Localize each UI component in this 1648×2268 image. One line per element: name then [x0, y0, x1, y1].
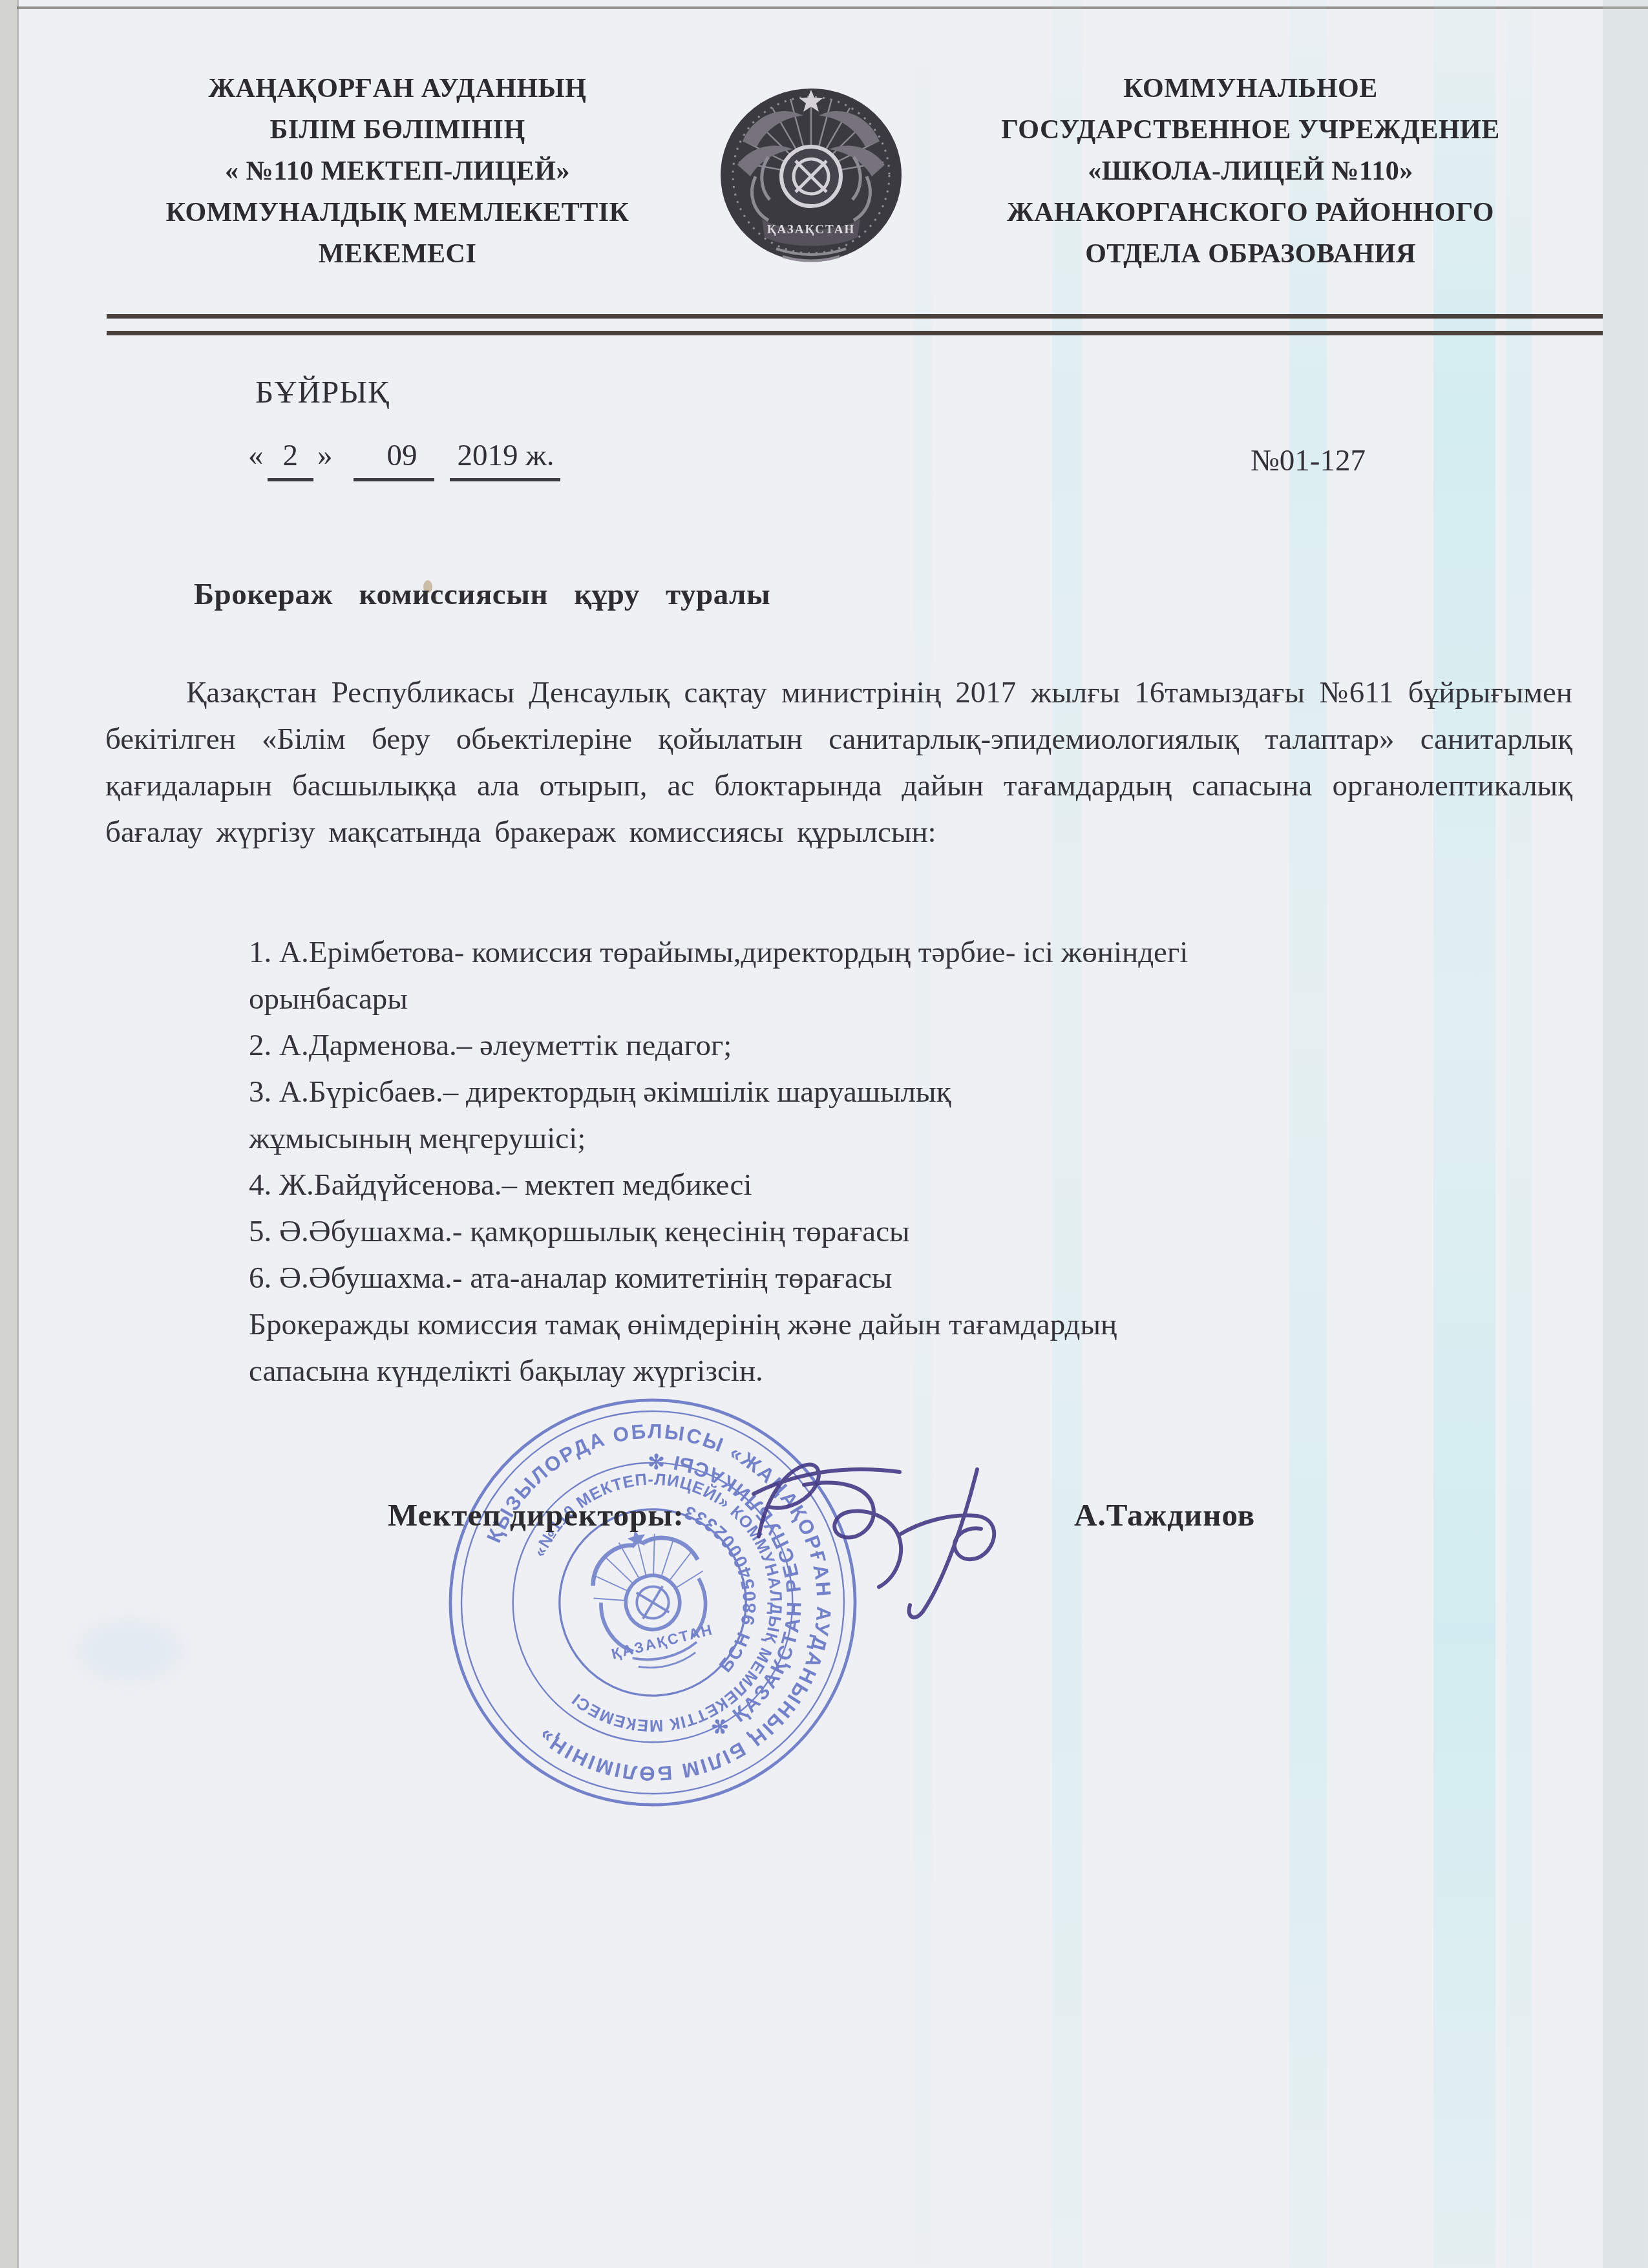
order-number: №01-127 — [1251, 443, 1366, 478]
signature-label: Мектеп директоры: — [388, 1496, 684, 1533]
org-name-ru-line: ГОСУДАРСТВЕННОЕ УЧРЕЖДЕНИЕ — [924, 109, 1577, 151]
list-item: 6. Ә.Әбушахма.- ата-аналар комитетінің т… — [249, 1255, 1567, 1301]
header-divider-double-rule — [107, 314, 1603, 335]
org-name-kk-line: « №110 МЕКТЕП-ЛИЦЕЙ» — [97, 151, 698, 192]
list-item-continuation: жұмысының меңгерушісі; — [249, 1115, 1567, 1162]
kazakhstan-emblem-icon: ҚАЗАҚСТАН — [698, 68, 924, 273]
director-signature-ink — [737, 1440, 1060, 1633]
org-name-kazakh: ЖАҢАҚОРҒАН АУДАННЫҢ БІЛІМ БӨЛІМІНІҢ « №1… — [97, 68, 698, 275]
org-name-ru-line: ОТДЕЛА ОБРАЗОВАНИЯ — [924, 233, 1577, 275]
list-item: 4. Ж.Байдүйсенова.– мектеп медбикесі — [249, 1162, 1567, 1208]
org-name-ru-line: КОММУНАЛЬНОЕ — [924, 68, 1577, 109]
kazakhstan-emblem-svg: ҚАЗАҚСТАН — [714, 79, 908, 273]
letterhead: ЖАҢАҚОРҒАН АУДАННЫҢ БІЛІМ БӨЛІМІНІҢ « №1… — [97, 68, 1577, 275]
commission-members-list: 1. А.Ерімбетова- комиссия төрайымы,дирек… — [249, 929, 1567, 1394]
order-date-year: 2019 ж. — [450, 438, 561, 481]
org-name-ru-line: ЖАНАКОРГАНСКОГО РАЙОННОГО — [924, 192, 1577, 233]
org-name-kk-line: БІЛІМ БӨЛІМІНІҢ — [97, 109, 698, 151]
org-name-russian: КОММУНАЛЬНОЕ ГОСУДАРСТВЕННОЕ УЧРЕЖДЕНИЕ … — [924, 68, 1577, 275]
scanned-order-document: ЖАҢАҚОРҒАН АУДАННЫҢ БІЛІМ БӨЛІМІНІҢ « №1… — [0, 0, 1648, 2268]
director-name: А.Таждинов — [1074, 1496, 1255, 1533]
org-name-kk-line: МЕКЕМЕСІ — [97, 233, 698, 275]
order-body-paragraph: Қазақстан Республикасы Денсаулық сақтау … — [105, 669, 1572, 856]
scan-edge-right — [1603, 0, 1648, 2268]
ink-smudge — [78, 1622, 181, 1680]
scan-edge-left-line — [17, 0, 19, 2268]
closing-instruction: Брокеражды комиссия тамақ өнімдерінің жә… — [249, 1301, 1567, 1348]
order-date-month: 09 — [354, 438, 434, 481]
emblem-caption: ҚАЗАҚСТАН — [767, 223, 856, 236]
org-name-kk-line: КОММУНАЛДЫҚ МЕМЛЕКЕТТІК — [97, 192, 698, 233]
quote-close: » — [313, 439, 337, 472]
order-date-day: 2 — [268, 438, 314, 481]
list-item: 5. Ә.Әбушахма.- қамқоршылық кеңесінің тө… — [249, 1208, 1567, 1255]
order-date: «2»092019 ж. — [244, 438, 560, 481]
scan-edge-top-line — [17, 6, 1648, 9]
list-item: 3. А.Бүрісбаев.– директордың әкімшілік ш… — [249, 1069, 1567, 1115]
quote-open: « — [244, 439, 268, 472]
scan-edge-left — [0, 0, 17, 2268]
order-title: Брокераж комиссиясын құру туралы — [194, 577, 770, 612]
signature-svg — [737, 1440, 1060, 1633]
list-item: 2. А.Дарменова.– әлеуметтік педагог; — [249, 1022, 1567, 1069]
list-item: 1. А.Ерімбетова- комиссия төрайымы,дирек… — [249, 929, 1567, 976]
list-item-continuation: орынбасары — [249, 976, 1567, 1022]
org-name-ru-line: «ШКОЛА-ЛИЦЕЙ №110» — [924, 151, 1577, 192]
order-heading: БҰЙРЫҚ — [255, 373, 390, 410]
org-name-kk-line: ЖАҢАҚОРҒАН АУДАННЫҢ — [97, 68, 698, 109]
